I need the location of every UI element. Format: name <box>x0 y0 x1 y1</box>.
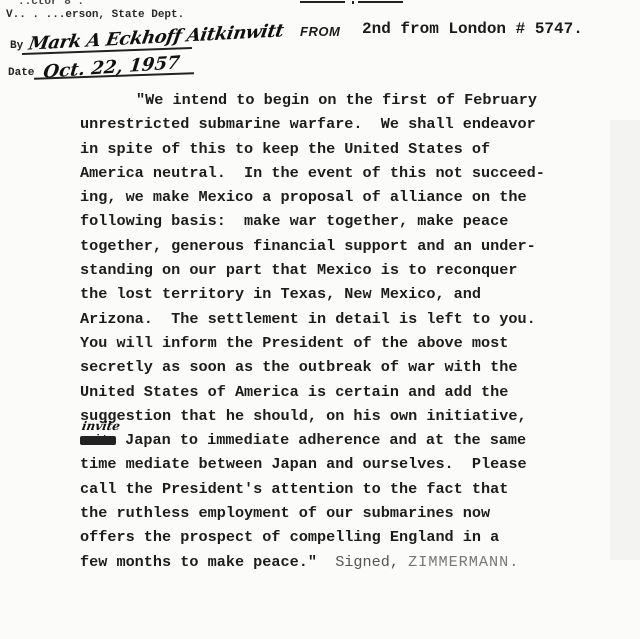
declassification-stamp-line-2: V.. . ...erson, State Dept. <box>6 9 184 21</box>
telegram-reference: 2nd from London # 5747. <box>362 20 583 38</box>
text-line-rest: Japan to immediate adherence and at the … <box>116 431 526 449</box>
text-line: offers the prospect of compelling Englan… <box>80 525 625 549</box>
text-line: time mediate between Japan and ourselves… <box>80 452 625 476</box>
text-line: the ruthless employment of our submarine… <box>80 501 625 525</box>
text-line: secretly as soon as the outbreak of war … <box>80 355 625 379</box>
text-line: ing, we make Mexico a proposal of allian… <box>80 185 625 209</box>
date-label: Date <box>8 67 34 79</box>
text-line: in spite of this to keep the United Stat… <box>80 137 625 161</box>
text-line: America neutral. In the event of this no… <box>80 161 625 185</box>
text-line-with-correction: inviteunite Japan to immediate adherence… <box>80 428 625 452</box>
text-line: suggestion that he should, on his own in… <box>80 404 625 428</box>
telegram-body: "We intend to begin on the first of Febr… <box>80 88 625 574</box>
rule-dot <box>352 1 354 4</box>
declassification-stamp-line-1: ..ctor 8 . <box>18 0 84 8</box>
text-line: "We intend to begin on the first of Febr… <box>80 88 625 112</box>
text-line: the lost territory in Texas, New Mexico,… <box>80 282 625 306</box>
top-rule-marks <box>300 0 380 4</box>
closing-text: few months to make peace." <box>80 553 317 571</box>
text-line: United States of America is certain and … <box>80 380 625 404</box>
rule-segment <box>300 1 345 3</box>
signatory-name: ZIMMERMANN. <box>408 553 519 571</box>
text-line: together, generous financial support and… <box>80 234 625 258</box>
by-label: By <box>10 40 23 52</box>
text-line-final: few months to make peace." Signed, ZIMME… <box>80 550 625 574</box>
text-line: You will inform the President of the abo… <box>80 331 625 355</box>
from-label: FROM <box>300 24 340 39</box>
text-line: standing on our part that Mexico is to r… <box>80 258 625 282</box>
edge-shadow <box>610 120 640 560</box>
document-page: ..ctor 8 . V.. . ...erson, State Dept. B… <box>0 0 640 639</box>
rule-segment <box>358 1 403 3</box>
handwritten-correction: inviteunite <box>80 428 116 452</box>
text-line: call the President's attention to the fa… <box>80 477 625 501</box>
text-line: following basis: make war together, make… <box>80 209 625 233</box>
inserted-word: invite <box>80 414 122 438</box>
text-line: unrestricted submarine warfare. We shall… <box>80 112 625 136</box>
text-line: Arizona. The settlement in detail is lef… <box>80 307 625 331</box>
signed-label: Signed, <box>317 553 408 571</box>
